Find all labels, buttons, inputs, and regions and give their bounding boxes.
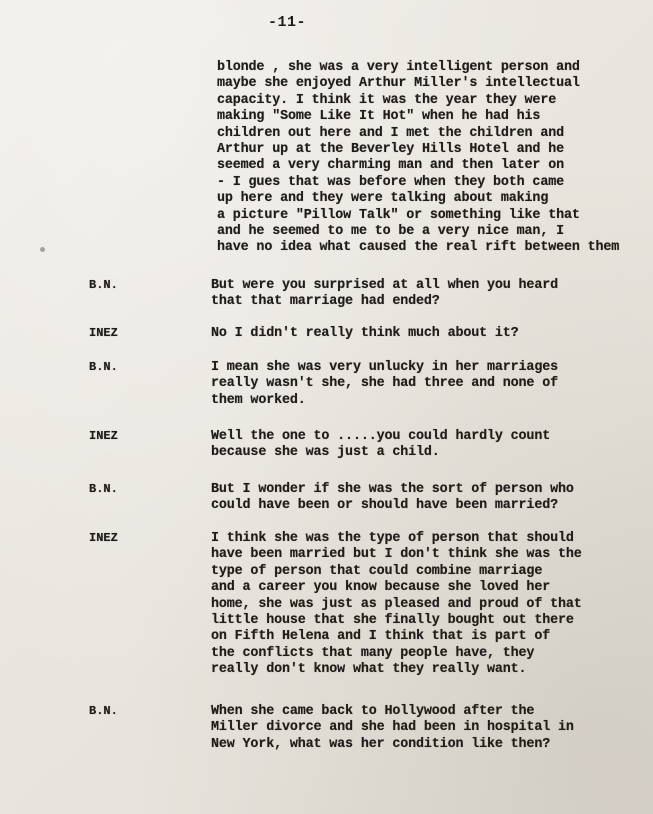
speech-text: No I didn't really think much about it?: [211, 326, 519, 342]
speaker-label: INEZ: [89, 429, 118, 443]
continued-answer-text: blonde , she was a very intelligent pers…: [217, 60, 619, 257]
speaker-label: B.N.: [89, 704, 118, 718]
typewritten-page: -11- blonde , she was a very intelligent…: [0, 0, 653, 814]
speaker-label: B.N.: [89, 360, 118, 374]
speech-text: When she came back to Hollywood after th…: [211, 704, 574, 753]
speaker-label: INEZ: [89, 326, 118, 340]
speech-text: I think she was the type of person that …: [211, 531, 582, 679]
speaker-label: INEZ: [89, 531, 118, 545]
speaker-label: B.N.: [89, 278, 118, 292]
speech-text: But I wonder if she was the sort of pers…: [211, 482, 574, 515]
speaker-label: B.N.: [89, 482, 118, 496]
ink-smudge: [40, 247, 45, 252]
speech-text: I mean she was very unlucky in her marri…: [211, 360, 558, 409]
speech-text: Well the one to .....you could hardly co…: [211, 429, 550, 462]
page-number: -11-: [268, 14, 306, 31]
speech-text: But were you surprised at all when you h…: [211, 278, 558, 311]
